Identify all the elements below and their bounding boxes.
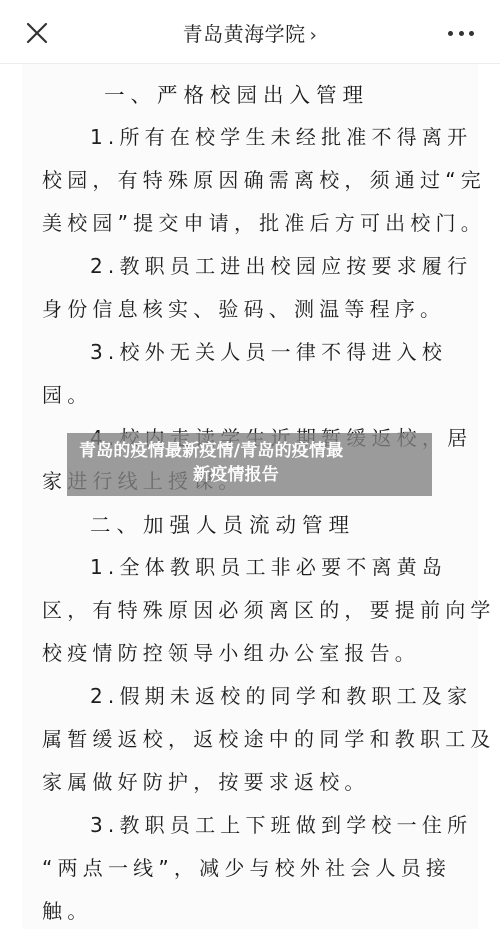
doc-line: 1.全体教职员工非必要不离黄岛 bbox=[90, 551, 500, 580]
chevron-right-icon: › bbox=[310, 25, 318, 46]
doc-line: 1.所有在校学生未经批准不得离开 bbox=[90, 121, 500, 150]
doc-line: 校园，有特殊原因确需离校，须通过“完 bbox=[42, 164, 462, 193]
caption-line-1: 青岛的疫情最新疫情/青岛的疫情最 bbox=[73, 439, 426, 463]
account-title-link[interactable]: 青岛黄海学院› bbox=[0, 18, 500, 47]
doc-line: 3.教职员工上下班做到学校一住所 bbox=[90, 809, 500, 838]
caption-text: 青岛的疫情最新疫情/青岛的疫情最 新疫情报告 bbox=[67, 439, 432, 487]
section-heading-1: 一、严格校园出入管理 bbox=[104, 78, 500, 108]
account-title: 青岛黄海学院 bbox=[183, 22, 306, 46]
doc-line: 触。 bbox=[42, 895, 462, 924]
doc-line: 3.校外无关人员一律不得进入校 bbox=[90, 336, 500, 365]
doc-line: 2.教职员工进出校园应按要求履行 bbox=[90, 250, 500, 279]
doc-line: 园。 bbox=[42, 379, 462, 408]
doc-line: 家属做好防护，按要求返校。 bbox=[42, 766, 462, 795]
more-dot-icon bbox=[469, 31, 474, 36]
doc-line: 2.假期未返校的同学和教职工及家 bbox=[90, 680, 500, 709]
doc-line: 属暂缓返校，返校途中的同学和教职工及 bbox=[42, 723, 462, 752]
doc-line: 区，有特殊原因必须离区的，要提前向学 bbox=[42, 594, 462, 623]
doc-line: “两点一线”，减少与校外社会人员接 bbox=[42, 852, 462, 881]
more-dot-icon bbox=[448, 31, 453, 36]
section-heading-2: 二、加强人员流动管理 bbox=[90, 508, 500, 538]
top-navigation-bar: 青岛黄海学院› bbox=[0, 0, 500, 64]
more-dot-icon bbox=[459, 31, 464, 36]
caption-line-2: 新疫情报告 bbox=[73, 463, 426, 487]
doc-line: 校疫情防控领导小组办公室报告。 bbox=[42, 637, 462, 666]
doc-line: 身份信息核实、验码、测温等程序。 bbox=[42, 293, 462, 322]
document-image: 一、严格校园出入管理 1.所有在校学生未经批准不得离开 校园，有特殊原因确需离校… bbox=[22, 64, 478, 929]
caption-overlay-banner: 青岛的疫情最新疫情/青岛的疫情最 新疫情报告 bbox=[67, 433, 432, 496]
doc-line: 美校园”提交申请，批准后方可出校门。 bbox=[42, 207, 462, 236]
more-options-button[interactable] bbox=[448, 27, 474, 39]
